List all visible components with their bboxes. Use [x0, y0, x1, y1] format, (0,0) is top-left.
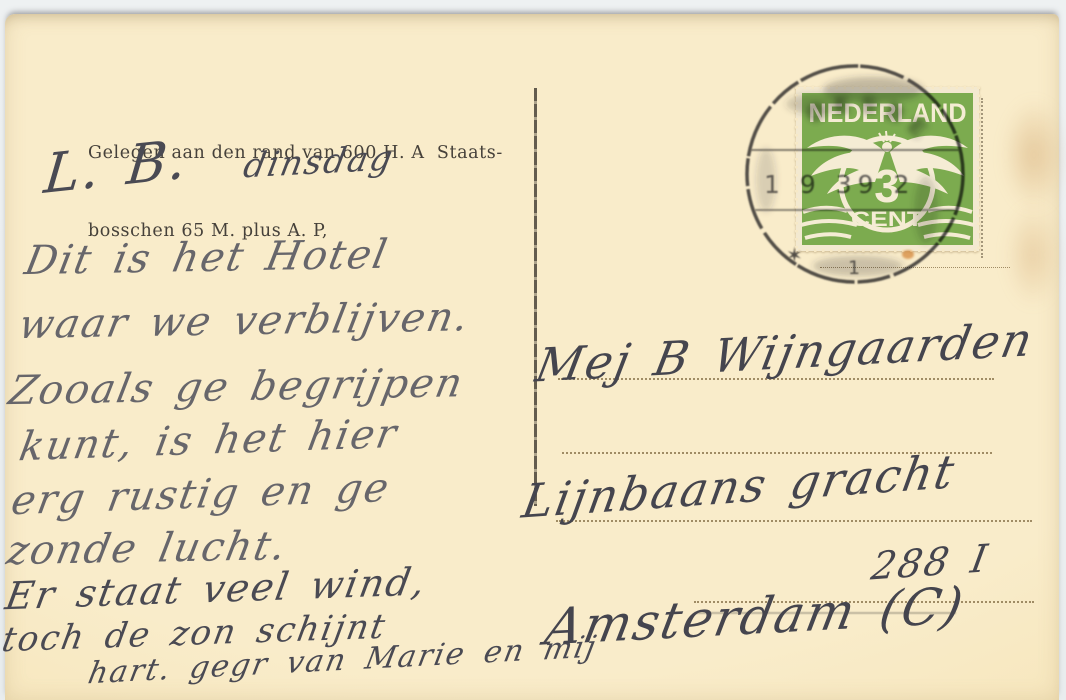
postmark: OESBE 1 9 39 2 ✶ 1 [738, 60, 973, 295]
postmark-star-icon: ✶ [786, 243, 803, 267]
divider-line [534, 88, 537, 506]
postmark-date: 1 9 39 2 [764, 170, 915, 199]
message-line: waar we verblijven. [15, 294, 474, 348]
postcard-scan: Gelegen aan den rand van 600 H. A Staats… [0, 0, 1066, 700]
message-day: dinsdag [240, 138, 397, 186]
message-line: Zooals ge begrijpen [5, 360, 468, 414]
message-line: Dit is het Hotel [21, 232, 392, 284]
stamp-perforation-dots-vertical [981, 98, 983, 258]
